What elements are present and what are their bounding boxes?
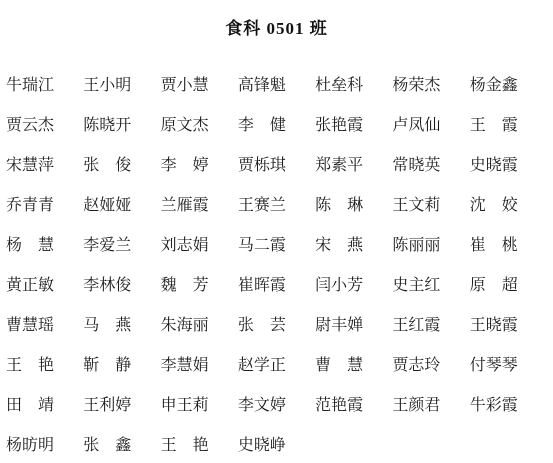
student-name: 王 艳 (161, 432, 238, 455)
roster-row: 牛瑞江王小明贾小慧高锋魁杜垒科杨荣杰杨金鑫 (6, 63, 547, 103)
student-name: 刘志娟 (161, 232, 238, 255)
student-name: 李 健 (238, 112, 315, 135)
student-name: 李慧娟 (161, 352, 238, 375)
student-name: 杨昉明 (6, 432, 83, 455)
student-name: 宋慧萍 (6, 152, 83, 175)
student-name: 曹 慧 (315, 352, 392, 375)
student-name: 王红霞 (392, 312, 469, 335)
roster-row: 田 靖王利婷申王莉李文婷范艳霞王颜君牛彩霞 (6, 383, 547, 423)
roster-row: 宋慧萍张 俊李 婷贾栎琪郑素平常晓英史晓霞 (6, 143, 547, 183)
student-name: 崔 桃 (470, 232, 547, 255)
student-name: 付琴琴 (470, 352, 547, 375)
student-name: 杨 慧 (6, 232, 83, 255)
student-name: 马 燕 (83, 312, 160, 335)
student-name: 王文莉 (392, 192, 469, 215)
student-name: 张 鑫 (83, 432, 160, 455)
student-name: 张艳霞 (315, 112, 392, 135)
student-name: 朱海丽 (161, 312, 238, 335)
student-name: 张 俊 (83, 152, 160, 175)
student-name: 卢凤仙 (392, 112, 469, 135)
student-name: 黄正敏 (6, 272, 83, 295)
student-name: 牛彩霞 (470, 392, 547, 415)
roster-row: 曹慧瑶马 燕朱海丽张 芸尉丰婵王红霞王晓霞 (6, 303, 547, 343)
student-name: 常晓英 (392, 152, 469, 175)
roster-row: 贾云杰陈晓开原文杰李 健张艳霞卢凤仙王 霞 (6, 103, 547, 143)
student-name: 高锋魁 (238, 72, 315, 95)
student-name: 原文杰 (161, 112, 238, 135)
class-roster-page: 食科 0501 班 牛瑞江王小明贾小慧高锋魁杜垒科杨荣杰杨金鑫贾云杰陈晓开原文杰… (0, 0, 553, 463)
student-name: 史晓霞 (470, 152, 547, 175)
student-name: 原 超 (470, 272, 547, 295)
student-name: 曹慧瑶 (6, 312, 83, 335)
roster-row: 黄正敏李林俊魏 芳崔晖霞闫小芳史主红原 超 (6, 263, 547, 303)
student-name: 李林俊 (83, 272, 160, 295)
student-name: 靳 静 (83, 352, 160, 375)
student-name: 贾云杰 (6, 112, 83, 135)
student-name: 王晓霞 (470, 312, 547, 335)
student-name: 李文婷 (238, 392, 315, 415)
student-name: 兰雁霞 (161, 192, 238, 215)
student-name: 田 靖 (6, 392, 83, 415)
roster-row: 杨 慧李爱兰刘志娟马二霞宋 燕陈丽丽崔 桃 (6, 223, 547, 263)
student-name: 贾栎琪 (238, 152, 315, 175)
student-name: 贾志玲 (392, 352, 469, 375)
student-name: 郑素平 (315, 152, 392, 175)
student-name: 王 艳 (6, 352, 83, 375)
roster-row: 杨昉明张 鑫王 艳史晓峥 (6, 423, 547, 463)
student-name: 范艳霞 (315, 392, 392, 415)
student-name: 沈 姣 (470, 192, 547, 215)
student-name: 崔晖霞 (238, 272, 315, 295)
student-name: 杜垒科 (315, 72, 392, 95)
roster-row: 乔青青赵娅娅兰雁霞王赛兰陈 琳王文莉沈 姣 (6, 183, 547, 223)
student-name: 史晓峥 (238, 432, 315, 455)
student-name: 赵学正 (238, 352, 315, 375)
student-name: 宋 燕 (315, 232, 392, 255)
student-name: 杨荣杰 (392, 72, 469, 95)
student-name: 魏 芳 (161, 272, 238, 295)
student-name: 王颜君 (392, 392, 469, 415)
student-name: 陈晓开 (83, 112, 160, 135)
roster-grid: 牛瑞江王小明贾小慧高锋魁杜垒科杨荣杰杨金鑫贾云杰陈晓开原文杰李 健张艳霞卢凤仙王… (0, 63, 553, 463)
student-name: 马二霞 (238, 232, 315, 255)
student-name: 陈丽丽 (392, 232, 469, 255)
student-name: 张 芸 (238, 312, 315, 335)
student-name: 牛瑞江 (6, 72, 83, 95)
student-name: 王利婷 (83, 392, 160, 415)
roster-row: 王 艳靳 静李慧娟赵学正曹 慧贾志玲付琴琴 (6, 343, 547, 383)
student-name: 贾小慧 (161, 72, 238, 95)
student-name: 赵娅娅 (83, 192, 160, 215)
student-name: 乔青青 (6, 192, 83, 215)
student-name: 李爱兰 (83, 232, 160, 255)
student-name: 王小明 (83, 72, 160, 95)
student-name: 尉丰婵 (315, 312, 392, 335)
student-name: 杨金鑫 (470, 72, 547, 95)
student-name: 史主红 (392, 272, 469, 295)
student-name: 陈 琳 (315, 192, 392, 215)
student-name: 王赛兰 (238, 192, 315, 215)
student-name: 李 婷 (161, 152, 238, 175)
student-name: 申王莉 (161, 392, 238, 415)
student-name: 王 霞 (470, 112, 547, 135)
page-title: 食科 0501 班 (0, 14, 553, 39)
student-name: 闫小芳 (315, 272, 392, 295)
